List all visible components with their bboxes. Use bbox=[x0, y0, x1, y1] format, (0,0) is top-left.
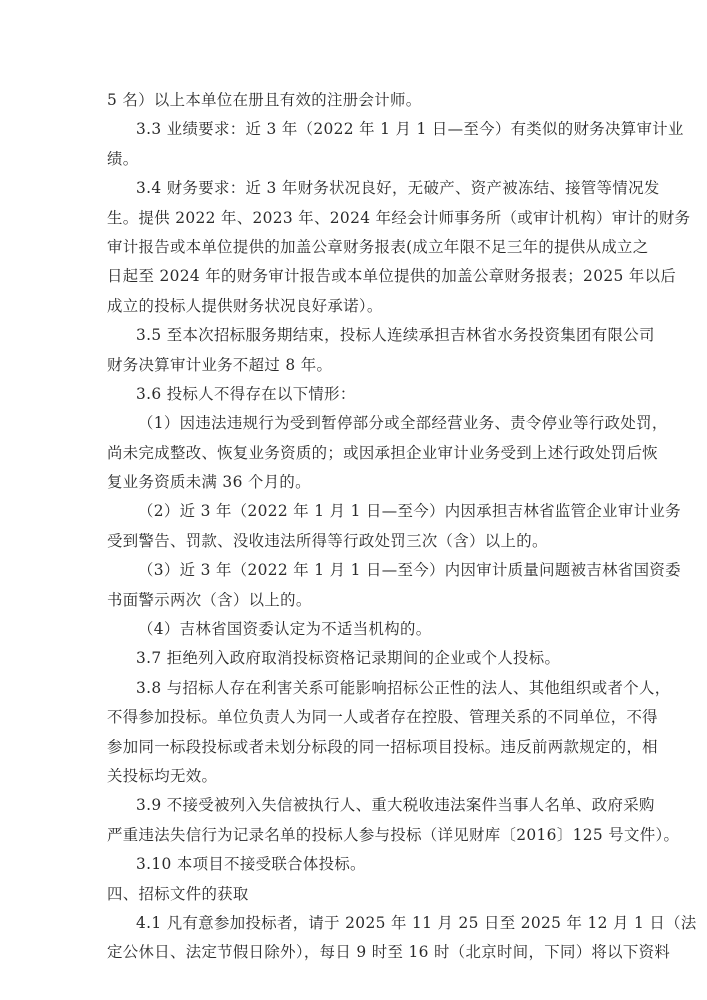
sub-clause-1: （1）因违法违规行为受到暂停部分或全部经营业务、责令停业等行政处罚， bbox=[107, 409, 605, 438]
text-line: 参加同一标段投标或者未划分标段的同一招标项目投标。违反前两款规定的，相 bbox=[107, 733, 605, 762]
text-line: 受到警告、罚款、没收违法所得等行政处罚三次（含）以上的。 bbox=[107, 527, 605, 556]
text-line: 财务决算审计业务不超过 8 年。 bbox=[107, 351, 605, 380]
text-line: 尚未完成整改、恢复业务资质的；或因承担企业审计业务受到上述行政处罚后恢 bbox=[107, 439, 605, 468]
clause-3-5: 3.5 至本次招标服务期结束，投标人连续承担吉林省水务投资集团有限公司 bbox=[107, 321, 605, 350]
text-line: 定公休日、法定节假日除外），每日 9 时至 16 时（北京时间，下同）将以下资料 bbox=[107, 938, 605, 967]
section-heading: 四、招标文件的获取 bbox=[107, 880, 605, 909]
text-line: 关投标均无效。 bbox=[107, 762, 605, 791]
clause-3-8: 3.8 与招标人存在利害关系可能影响招标公正性的法人、其他组织或者个人， bbox=[107, 674, 605, 703]
text-line: 绩。 bbox=[107, 145, 605, 174]
sub-clause-4: （4）吉林省国资委认定为不适当机构的。 bbox=[107, 615, 605, 644]
sub-clause-2: （2）近 3 年（2022 年 1 月 1 日—至今）内因承担吉林省监管企业审计… bbox=[107, 497, 605, 526]
clause-3-3: 3.3 业绩要求：近 3 年（2022 年 1 月 1 日—至今）有类似的财务决… bbox=[107, 115, 605, 144]
text-line: 审计报告或本单位提供的加盖公章财务报表(成立年限不足三年的提供从成立之 bbox=[107, 233, 605, 262]
text-line: 生。提供 2022 年、2023 年、2024 年经会计师事务所（或审计机构）审… bbox=[107, 204, 605, 233]
clause-3-7: 3.7 拒绝列入政府取消投标资格记录期间的企业或个人投标。 bbox=[107, 644, 605, 673]
clause-3-9: 3.9 不接受被列入失信被执行人、重大税收违法案件当事人名单、政府采购 bbox=[107, 791, 605, 820]
clause-3-6: 3.6 投标人不得存在以下情形： bbox=[107, 380, 605, 409]
clause-3-4: 3.4 财务要求：近 3 年财务状况良好，无破产、资产被冻结、接管等情况发 bbox=[107, 174, 605, 203]
clause-3-10: 3.10 本项目不接受联合体投标。 bbox=[107, 850, 605, 879]
text-line: 复业务资质未满 36 个月的。 bbox=[107, 468, 605, 497]
text-line: 成立的投标人提供财务状况良好承诺）。 bbox=[107, 292, 605, 321]
text-line: 不得参加投标。单位负责人为同一人或者存在控股、管理关系的不同单位，不得 bbox=[107, 703, 605, 732]
document-page: 5 名）以上本单位在册且有效的注册会计师。 3.3 业绩要求：近 3 年（202… bbox=[107, 86, 605, 968]
sub-clause-3: （3）近 3 年（2022 年 1 月 1 日—至今）内因审计质量问题被吉林省国… bbox=[107, 556, 605, 585]
text-line: 严重违法失信行为记录名单的投标人参与投标（详见财库〔2016〕125 号文件）。 bbox=[107, 821, 605, 850]
text-line: 书面警示两次（含）以上的。 bbox=[107, 586, 605, 615]
text-line: 5 名）以上本单位在册且有效的注册会计师。 bbox=[107, 86, 605, 115]
text-line: 日起至 2024 年的财务审计报告或本单位提供的加盖公章财务报表；2025 年以… bbox=[107, 262, 605, 291]
clause-4-1: 4.1 凡有意参加投标者，请于 2025 年 11 月 25 日至 2025 年… bbox=[107, 909, 605, 938]
